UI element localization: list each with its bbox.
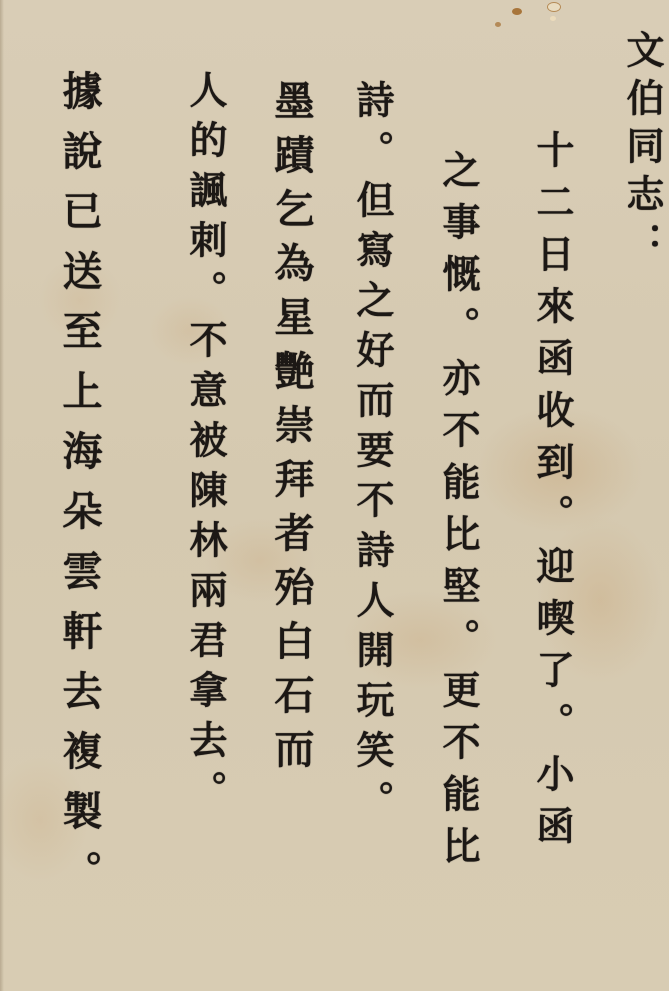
column-4: 詩。但寫之好而要不詩人開玩笑。: [353, 80, 391, 830]
letter-body: 文伯同志： 十二日來函收到。迎喫了。小函 之事慨。亦不能比堅。更不能比 詩。但寫…: [0, 0, 669, 991]
column-7: 據說已送至上海朵雲軒去複製。: [59, 70, 99, 910]
column-3: 之事慨。亦不能比堅。更不能比: [439, 150, 477, 878]
column-salutation: 文伯同志：: [623, 30, 661, 270]
column-2: 十二日來函收到。迎喫了。小函: [533, 130, 571, 858]
column-5: 墨蹟乞為星艷崇拜者殆白石而: [271, 80, 311, 782]
column-6: 人的諷刺。不意被陳林兩君拿去。: [186, 70, 224, 820]
